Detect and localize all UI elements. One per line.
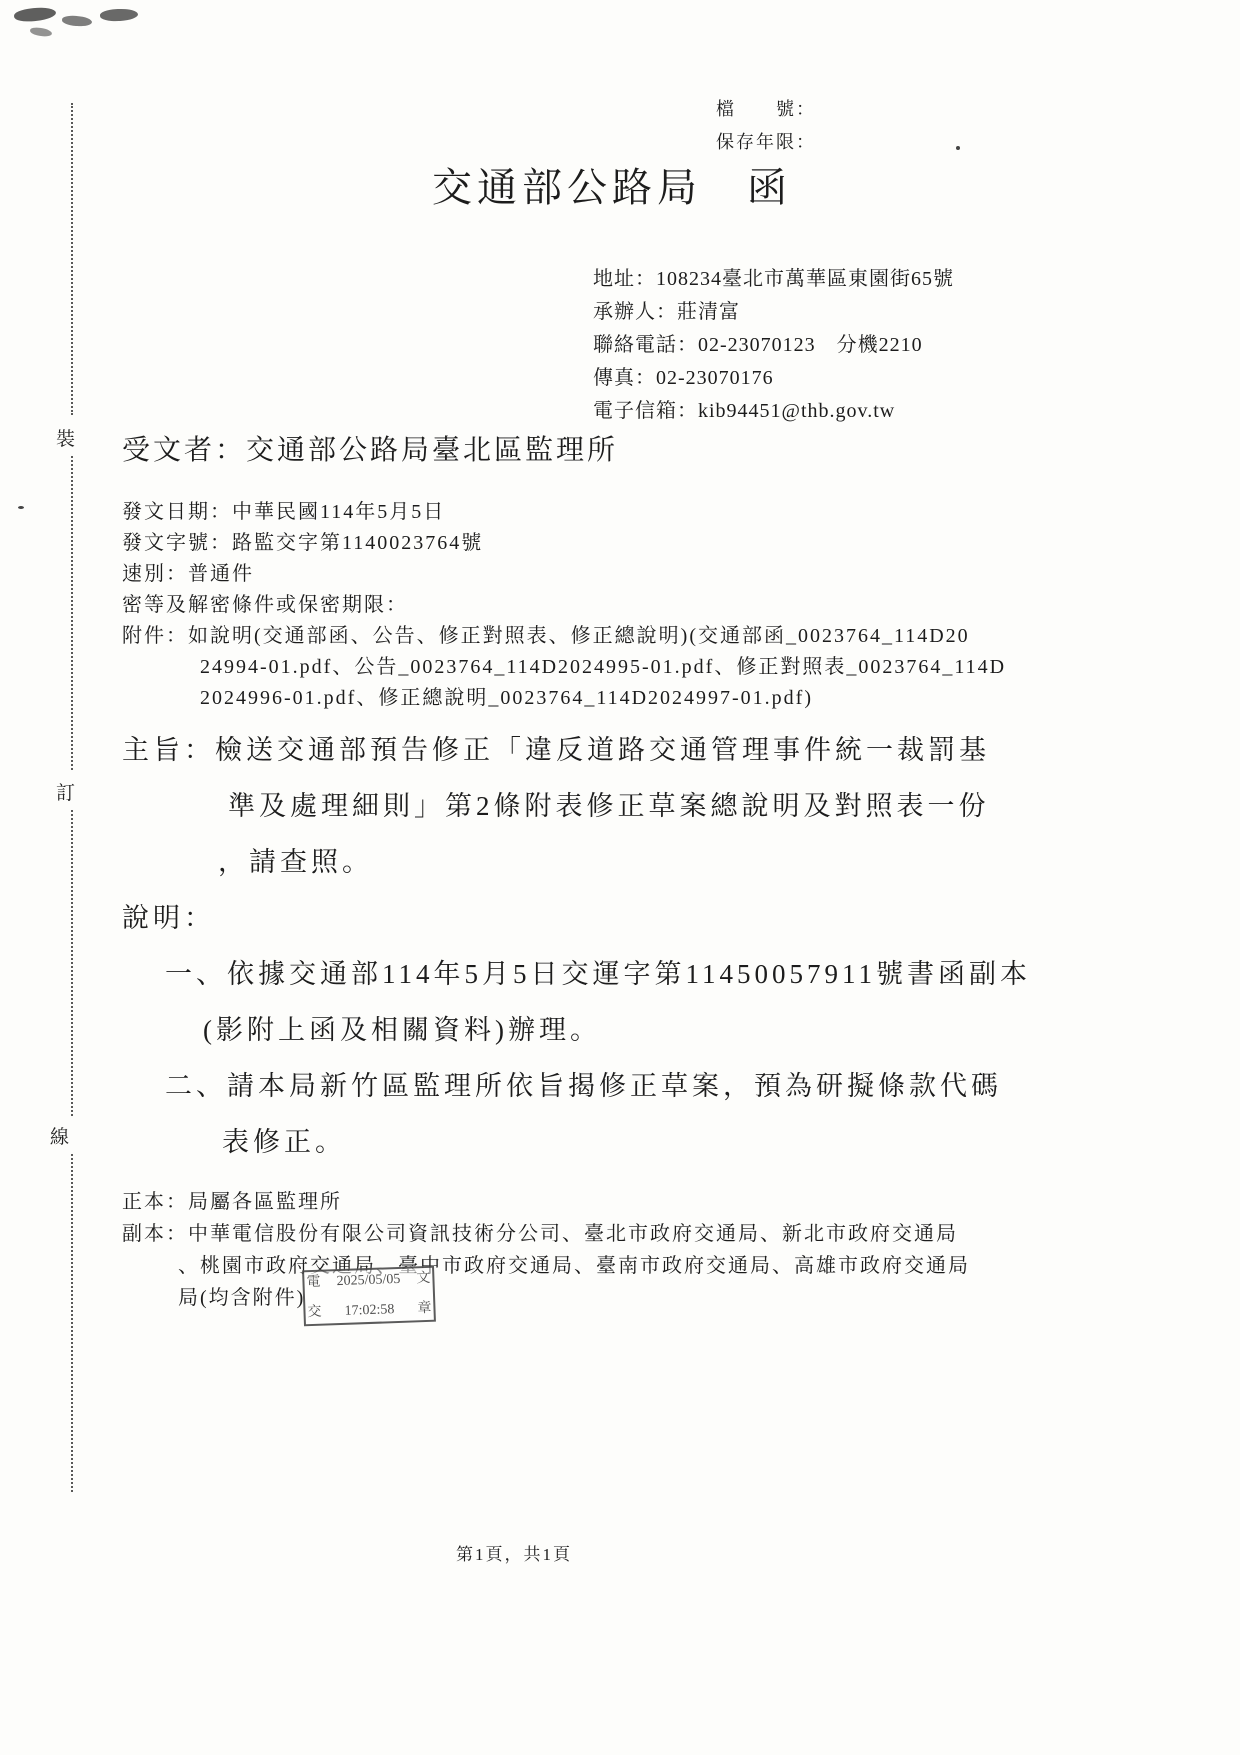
binding-mark-xian: 線	[50, 1122, 69, 1149]
document-title: 交通部公路局 函	[432, 156, 792, 213]
stamp-char-top-right: 文	[416, 1269, 431, 1289]
copy-recipients-line-1: 副本：中華電信股份有限公司資訊技術分公司、臺北市政府交通局、新北市政府交通局	[122, 1217, 958, 1246]
subject-line-1: 主旨：檢送交通部預告修正「違反道路交通管理事件統一裁罰基	[122, 728, 990, 767]
description-item1-line1: 一、依據交通部114年5月5日交運字第11450057911號書函副本	[165, 952, 1031, 991]
description-item2-line1: 二、請本局新竹區監理所依旨揭修正草案，預為研擬條款代碼	[165, 1064, 1002, 1103]
sender-fax: 傳真：02-23070176	[593, 361, 774, 390]
binding-mark-zhuang: 裝	[56, 424, 75, 451]
issue-date: 發文日期：中華民國114年5月5日	[122, 495, 445, 524]
stamp-time: 17:02:58	[344, 1301, 394, 1322]
binding-dotted-line	[71, 456, 73, 770]
description-item2-line2: 表修正。	[222, 1120, 346, 1159]
subject-line-2: 準及處理細則」第2條附表修正草案總說明及對照表一份	[228, 784, 990, 823]
attachment-line-3: 2024996-01.pdf、修正總說明_0023764_114D2024997…	[200, 681, 813, 710]
security-classification: 密等及解密條件或保密期限：	[122, 588, 408, 617]
stamp-date: 2025/05/05	[336, 1270, 400, 1292]
scanned-letter-page: 裝 訂 線 檔 號： 保存年限： 交通部公路局 函 地址：108234臺北市萬華…	[0, 0, 1240, 1755]
retention-period-label: 保存年限：	[716, 128, 816, 154]
issue-number: 發文字號：路監交字第1140023764號	[122, 526, 483, 555]
priority-level: 速別：普通件	[122, 557, 254, 586]
binding-dotted-line	[71, 1154, 73, 1492]
copy-recipients-line-3: 局(均含附件)	[178, 1281, 305, 1310]
scan-smudge	[30, 27, 53, 38]
copy-recipients-line-2: 、桃園市政府交通局、臺中市政府交通局、臺南市政府交通局、高雄市政府交通局	[178, 1249, 970, 1278]
attachment-line-1: 附件：如說明(交通部函、公告、修正對照表、修正總說明)(交通部函_0023764…	[122, 619, 970, 648]
stamp-char-top-left: 電	[306, 1273, 321, 1293]
scan-smudge	[62, 15, 93, 27]
binding-dotted-line	[71, 103, 73, 415]
page-number: 第1頁，共1頁	[456, 1540, 572, 1565]
sender-address: 地址：108234臺北市萬華區東園街65號	[593, 262, 954, 291]
electronic-exchange-stamp: 電 2025/05/05 文 交 17:02:58 章	[302, 1266, 436, 1327]
recipient-line: 受文者：交通部公路局臺北區監理所	[122, 428, 618, 468]
scan-smudge	[100, 8, 139, 22]
original-recipients: 正本：局屬各區監理所	[122, 1185, 342, 1214]
stamp-char-bottom-right: 章	[417, 1299, 432, 1319]
subject-line-3: ，請查照。	[218, 840, 373, 879]
binding-mark-ding: 訂	[56, 778, 75, 805]
binding-dotted-line	[71, 810, 73, 1116]
scan-smudge	[13, 6, 56, 23]
scan-speck	[956, 146, 960, 150]
description-heading: 說明：	[122, 896, 215, 935]
file-number-label: 檔 號：	[716, 95, 816, 121]
sender-phone: 聯絡電話：02-23070123 分機2210	[593, 328, 923, 357]
sender-email: 電子信箱：kib94451@thb.gov.tw	[593, 394, 895, 423]
scan-speck	[18, 506, 24, 509]
description-item1-line2: (影附上函及相關資料)辦理。	[203, 1008, 601, 1047]
sender-contact-person: 承辦人：莊清富	[593, 295, 740, 324]
stamp-char-bottom-left: 交	[307, 1303, 322, 1323]
attachment-line-2: 24994-01.pdf、公告_0023764_114D2024995-01.p…	[200, 650, 1006, 679]
